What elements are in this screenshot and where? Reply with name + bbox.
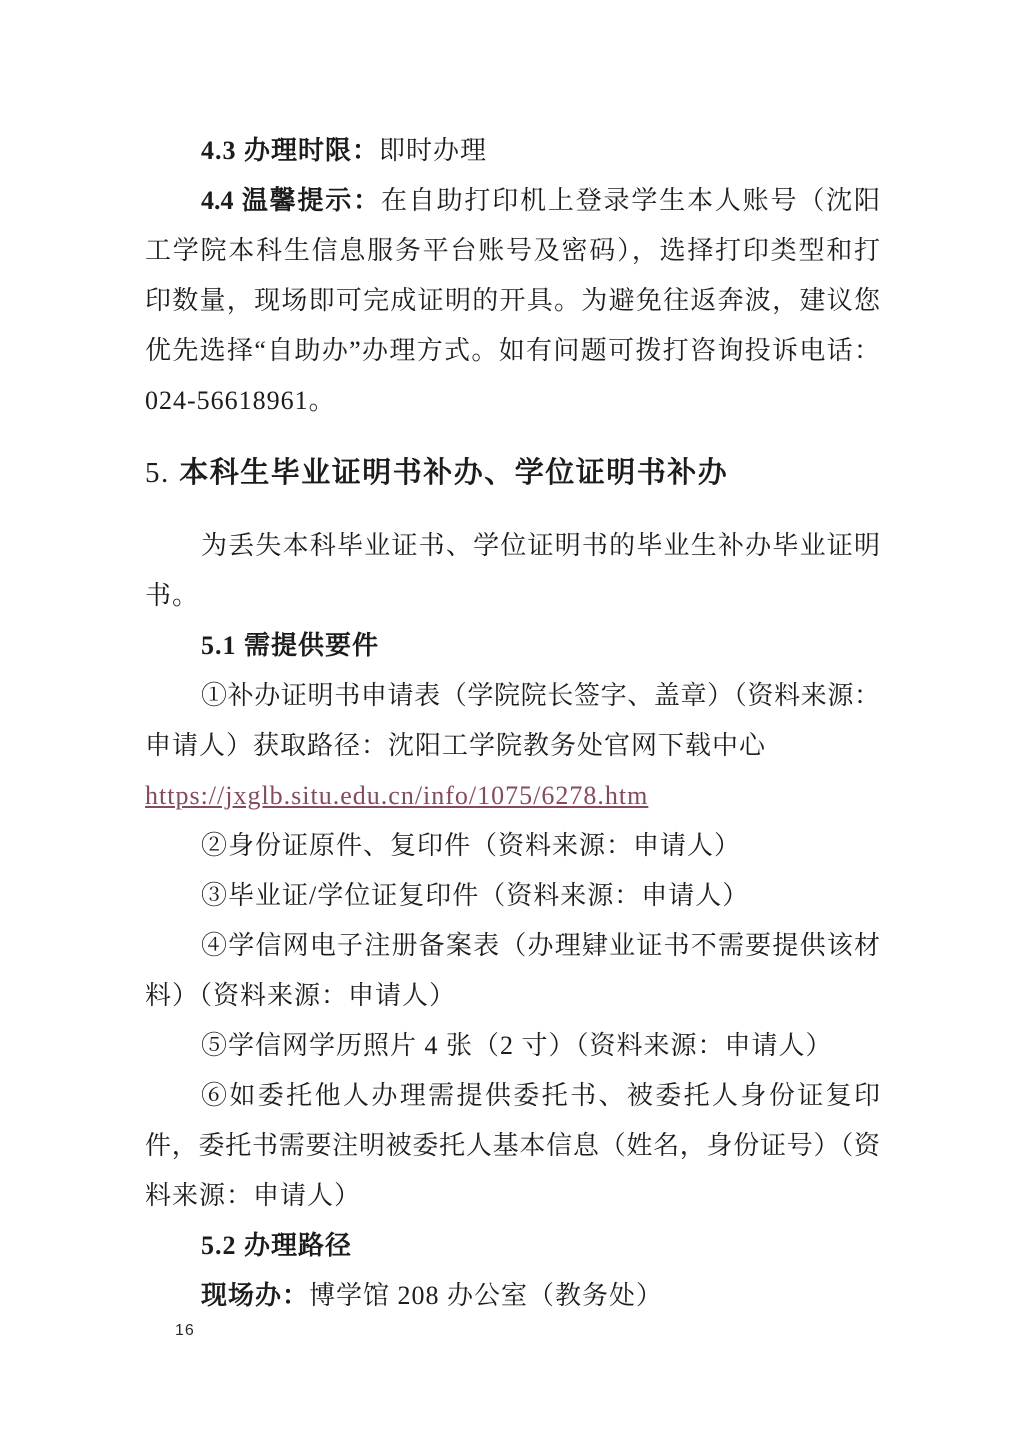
para-4-4-line4: 优先选择“自助办”办理方式。如有问题可拨打咨询投诉电话： — [145, 326, 880, 376]
body-text: 件，委托书需要注明被委托人基本信息（姓名，身份证号）（资 — [145, 1131, 880, 1160]
body-text: ⑥如委托他人办理需提供委托书、被委托人身份证复印 — [201, 1081, 880, 1110]
download-center-link[interactable]: https://jxglb.situ.edu.cn/info/1075/6278… — [145, 781, 648, 810]
item-3: ③毕业证/学位证复印件（资料来源：申请人） — [145, 871, 880, 921]
para-4-4-line5: 024-56618961。 — [145, 376, 880, 426]
para-onsite: 现场办：博学馆 208 办公室（教务处） — [145, 1271, 880, 1321]
body-text: 优先选择“自助办”办理方式。如有问题可拨打咨询投诉电话： — [145, 336, 880, 365]
body-text: 024-56618961。 — [145, 386, 336, 415]
item-1-line1: ①补办证明书申请表（学院院长签字、盖章）（资料来源： — [145, 671, 880, 721]
body-text: ④学信网电子注册备案表（办理肄业证书不需要提供该材 — [201, 931, 880, 960]
item-2: ②身份证原件、复印件（资料来源：申请人） — [145, 821, 880, 871]
heading-5-2: 5.2 办理路径 — [145, 1221, 880, 1271]
label-bold-text: 4.4 温馨提示： — [201, 186, 381, 215]
item-6-line2: 件，委托书需要注明被委托人基本信息（姓名，身份证号）（资 — [145, 1121, 880, 1171]
body-text: ①补办证明书申请表（学院院长签字、盖章）（资料来源： — [201, 681, 880, 710]
item-4-line2: 料）（资料来源：申请人） — [145, 971, 880, 1021]
label-bold-text: 5.2 办理路径 — [201, 1231, 352, 1260]
body-text: 书。 — [145, 581, 199, 610]
body-text: 博学馆 208 办公室（教务处） — [309, 1281, 663, 1310]
item-5: ⑤学信网学历照片 4 张（2 寸）（资料来源：申请人） — [145, 1021, 880, 1071]
body-text: 料）（资料来源：申请人） — [145, 981, 456, 1010]
para-4-4-line3: 印数量，现场即可完成证明的开具。为避免往返奔波，建议您 — [145, 276, 880, 326]
para-4-4-line2: 工学院本科生信息服务平台账号及密码），选择打印类型和打 — [145, 226, 880, 276]
body-text: 工学院本科生信息服务平台账号及密码），选择打印类型和打 — [145, 236, 880, 265]
body-text: 即时办理 — [379, 136, 487, 165]
body-text: 料来源：申请人） — [145, 1181, 361, 1210]
item-1-link-line: https://jxglb.situ.edu.cn/info/1075/6278… — [145, 771, 880, 821]
body-text: 为丢失本科毕业证书、学位证明书的毕业生补办毕业证明 — [201, 531, 880, 560]
page-number: 16 — [175, 1320, 195, 1342]
document-content: 4.3 办理时限：即时办理4.4 温馨提示：在自助打印机上登录学生本人账号（沈阳… — [145, 126, 880, 1321]
body-text: 5. — [145, 457, 170, 489]
body-text: 在自助打印机上登录学生本人账号（沈阳 — [381, 186, 880, 215]
item-4-line1: ④学信网电子注册备案表（办理肄业证书不需要提供该材 — [145, 921, 880, 971]
heading-5-1: 5.1 需提供要件 — [145, 621, 880, 671]
label-bold-text: 5.1 需提供要件 — [201, 631, 379, 660]
label-bold-text: 现场办： — [201, 1281, 309, 1310]
para-5-intro-line1: 为丢失本科毕业证书、学位证明书的毕业生补办毕业证明 — [145, 521, 880, 571]
body-text: ⑤学信网学历照片 4 张（2 寸）（资料来源：申请人） — [201, 1031, 833, 1060]
document-page: 4.3 办理时限：即时办理4.4 温馨提示：在自助打印机上登录学生本人账号（沈阳… — [0, 0, 1024, 1448]
para-5-intro-line2: 书。 — [145, 571, 880, 621]
heading-5: 5. 本科生毕业证明书补办、学位证明书补办 — [145, 445, 880, 501]
body-text: ③毕业证/学位证复印件（资料来源：申请人） — [201, 881, 749, 910]
body-text: ②身份证原件、复印件（资料来源：申请人） — [201, 831, 741, 860]
item-6-line1: ⑥如委托他人办理需提供委托书、被委托人身份证复印 — [145, 1071, 880, 1121]
body-text: 本科生毕业证明书补办、学位证明书补办 — [170, 457, 729, 489]
body-text: 申请人）获取路径：沈阳工学院教务处官网下载中心 — [145, 731, 766, 760]
body-text: 印数量，现场即可完成证明的开具。为避免往返奔波，建议您 — [145, 286, 880, 315]
para-4-4-line1: 4.4 温馨提示：在自助打印机上登录学生本人账号（沈阳 — [145, 176, 880, 226]
item-6-line3: 料来源：申请人） — [145, 1171, 880, 1221]
label-bold-text: 4.3 办理时限： — [201, 136, 379, 165]
para-4-3: 4.3 办理时限：即时办理 — [145, 126, 880, 176]
item-1-line2: 申请人）获取路径：沈阳工学院教务处官网下载中心 — [145, 721, 880, 771]
